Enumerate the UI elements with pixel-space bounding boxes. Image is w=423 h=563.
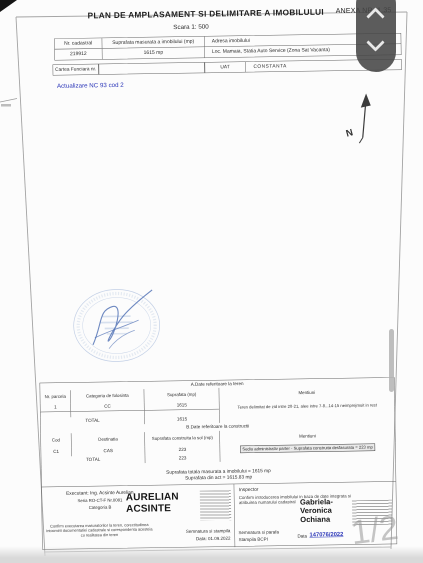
signature-block: Executant: Ing. Acsinte Aurelian Seria R… bbox=[41, 481, 397, 550]
page-title: PLAN DE AMPLASAMENT SI DELIMITARE A IMOB… bbox=[36, 7, 376, 22]
construction-col-code: Cod bbox=[41, 433, 71, 447]
inspector-title: Inspector bbox=[239, 487, 259, 493]
construction-col-area: Suprafata construita la sol (mp) bbox=[145, 431, 220, 446]
scrollbar-thumb[interactable] bbox=[389, 329, 394, 392]
chevron-up-icon[interactable] bbox=[366, 7, 384, 25]
update-note: Actualizare NC 93 cod 2 bbox=[57, 81, 124, 89]
inspector-date-label: Data bbox=[297, 534, 307, 539]
nr-cadastral-value: 219912 bbox=[55, 49, 102, 60]
land-col-area: Suprafata (mp) bbox=[144, 388, 219, 402]
document-page: ANEXA NR. 1.35 PLAN DE AMPLASAMENT SI DE… bbox=[0, 0, 423, 563]
scan-edge-shadow bbox=[0, 546, 423, 563]
executant-date: Data: 01.09.2022 bbox=[143, 536, 231, 543]
area-from-act: Suprafata din act = 1615.83 mp bbox=[185, 474, 252, 481]
construction-code-value: C1 bbox=[41, 447, 71, 456]
land-col-parcel: Nr. parcela bbox=[40, 390, 70, 403]
uat-label: UAT bbox=[205, 62, 245, 73]
construction-col-destination: Destinatia bbox=[71, 432, 145, 447]
cartea-funciara-label: Cartea Funciara nr. bbox=[53, 64, 98, 75]
north-arrow-icon: N bbox=[343, 91, 388, 144]
digital-signature-details bbox=[200, 490, 231, 520]
land-notes-value: Teren delimitat de zid intre 20-21, alee… bbox=[219, 398, 395, 415]
map-scale-label: Scara 1: 500 bbox=[26, 21, 356, 33]
inspector-stamp-label: Stampila BCPI bbox=[239, 537, 268, 543]
header-table: Nr. cadastral Suprafata masurata a imobi… bbox=[54, 33, 402, 75]
land-col-category: Categoria de folosinta bbox=[70, 389, 144, 403]
document-viewer: ANEXA NR. 1.35 PLAN DE AMPLASAMENT SI DE… bbox=[0, 0, 423, 563]
scan-corner-artifact bbox=[0, 0, 17, 12]
executant-digital-signature: AURELIAN ACSINTE bbox=[126, 491, 201, 515]
handwritten-signature bbox=[92, 290, 153, 349]
cartea-funciara-value bbox=[99, 63, 204, 75]
inspector-digital-signature: Gabriela-Veronica Ochiana bbox=[300, 497, 352, 524]
cadastral-data-tables: A.Date referitoare la teren Nr. parcela … bbox=[40, 377, 397, 487]
surveyor-round-stamp bbox=[64, 282, 171, 369]
nr-cadastral-header: Nr. cadastral bbox=[55, 38, 102, 49]
chevron-down-icon[interactable] bbox=[366, 33, 384, 51]
inspector-signature-label: Semnatura si parafa bbox=[238, 529, 279, 535]
signature-divider bbox=[234, 484, 235, 547]
scroll-widget[interactable] bbox=[356, 0, 396, 72]
executant-confirmation: Confirm executarea masuratorilor la tere… bbox=[44, 522, 154, 538]
suprafata-value: 1615 mp bbox=[102, 47, 205, 59]
north-label: N bbox=[345, 127, 355, 139]
executant-signature-label: Semnatura si stampila bbox=[142, 528, 230, 535]
registration-number: 147076/2022 bbox=[309, 531, 343, 538]
